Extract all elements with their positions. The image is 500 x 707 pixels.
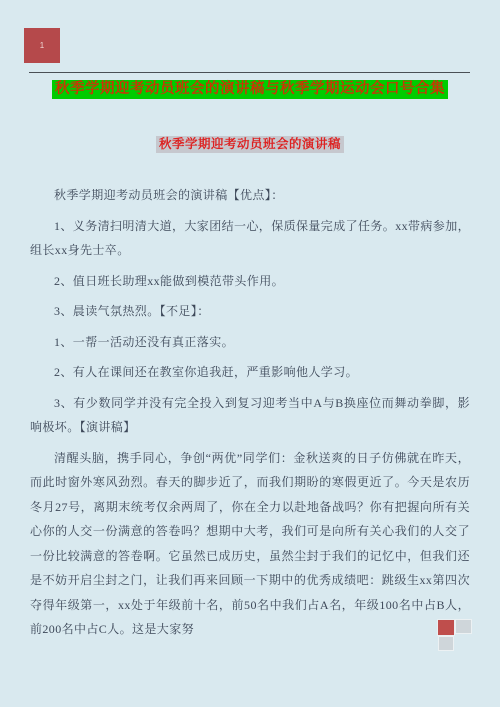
document-body: 秋季学期迎考动员班会的演讲稿【优点】： 1、义务清扫明清大道，大家团结一心，保质…: [30, 183, 470, 648]
page-number-badge: 1: [24, 28, 60, 63]
body-paragraph: 2、值日班长助理xx能做到模范带头作用。: [30, 269, 470, 294]
body-paragraph: 秋季学期迎考动员班会的演讲稿【优点】：: [30, 183, 470, 208]
subtitle-row: 秋季学期迎考动员班会的演讲稿: [0, 135, 500, 153]
body-paragraph: 3、晨读气氛热烈。【不足】：: [30, 299, 470, 324]
document-title: 秋季学期迎考动员班会的演讲稿与秋季学期运动会口号合集: [52, 80, 448, 99]
document-page: 1 秋季学期迎考动员班会的演讲稿与秋季学期运动会口号合集 秋季学期迎考动员班会的…: [0, 0, 500, 707]
corner-decoration: [436, 618, 472, 652]
header-divider: [29, 72, 470, 73]
decor-square-gray-icon: [438, 636, 454, 651]
body-paragraph: 1、义务清扫明清大道，大家团结一心，保质保量完成了任务。xx带病参加，组长xx身…: [30, 214, 470, 263]
section-title: 秋季学期迎考动员班会的演讲稿: [156, 136, 344, 153]
title-row: 秋季学期迎考动员班会的演讲稿与秋季学期运动会口号合集: [0, 80, 500, 99]
body-paragraph: 1、一帮一活动还没有真正落实。: [30, 330, 470, 355]
decor-square-red-icon: [437, 619, 455, 636]
decor-square-gray-icon: [455, 619, 472, 634]
body-paragraph: 2、有人在课间还在教室你追我赶，严重影响他人学习。: [30, 360, 470, 385]
body-paragraph: 3、有少数同学并没有完全投入到复习迎考当中A与B换座位而舞动拳脚，影响极坏。【演…: [30, 391, 470, 440]
body-paragraph: 清醒头脑，携手同心，争创“两优”同学们：金秋送爽的日子仿佛就在昨天，而此时窗外寒…: [30, 446, 470, 642]
